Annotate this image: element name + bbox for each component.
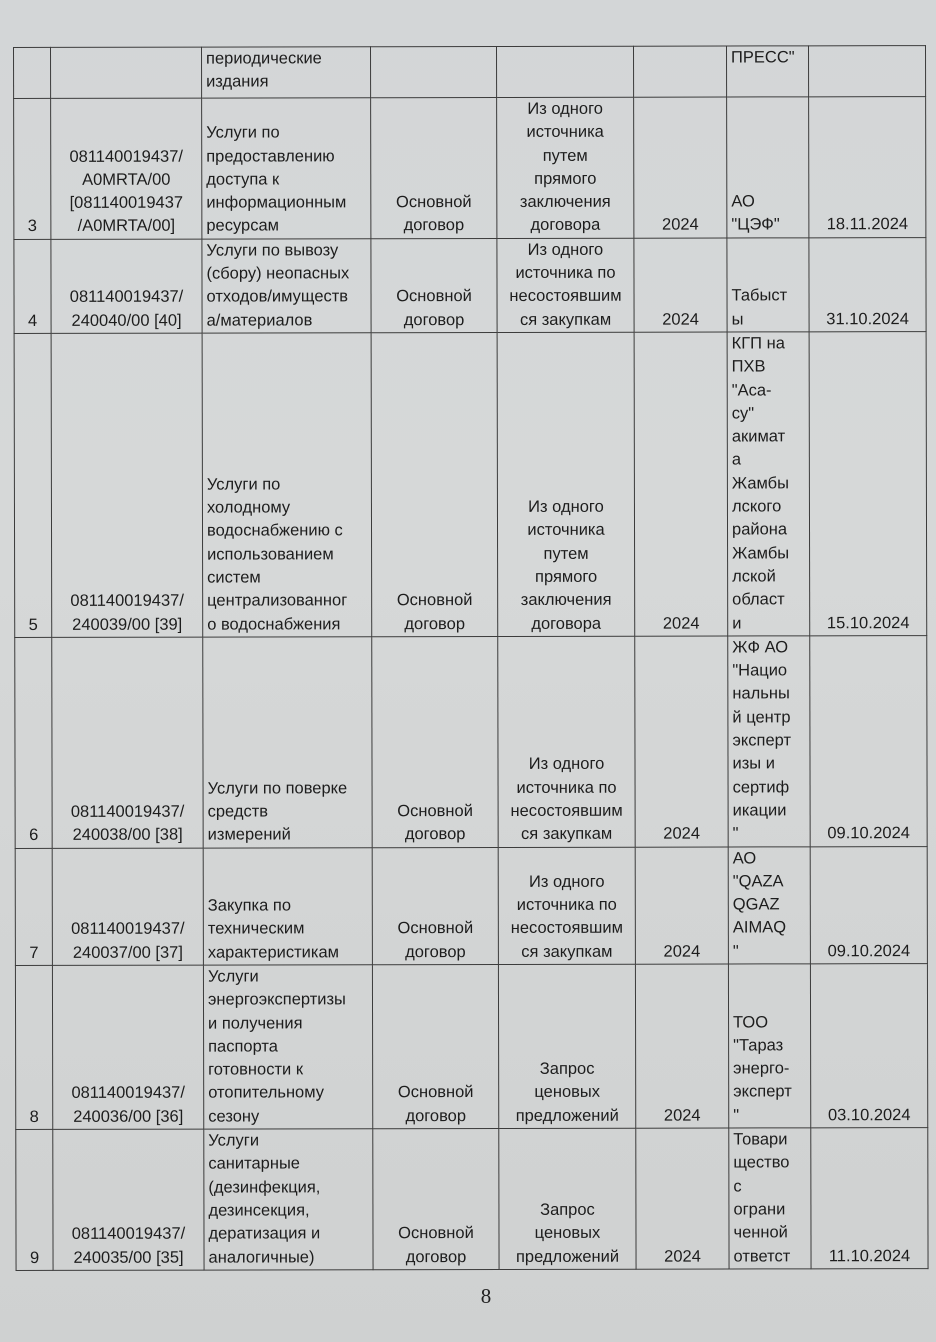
cell-number: 7 [15,848,52,966]
cell-contract-type: Основной договор [372,636,498,847]
cell-supplier: Табыст ы [727,238,809,332]
cell-supplier: ТОО "Тараз энерго- эксперт " [728,964,810,1128]
cell-supplier: АО "ЦЭФ" [727,97,809,238]
cell-number: 3 [14,98,51,239]
table-row: 3081140019437/ A0MRTA/00 [081140019437 /… [14,97,926,240]
cell-number [14,47,51,98]
cell-date: 31.10.2024 [809,237,926,331]
cell-method [497,46,634,97]
cell-method: Запрос ценовых предложений [499,1128,636,1269]
page-number: 8 [0,1284,936,1309]
cell-contract-id: 081140019437/ 240036/00 [36] [52,965,203,1129]
cell-supplier: ПРЕСС" [726,46,808,97]
cell-date: 09.10.2024 [810,846,927,964]
cell-method: Из одного источника путем прямого заключ… [497,97,634,238]
cell-contract-id: 081140019437/ A0MRTA/00 [081140019437 /A… [51,98,202,239]
cell-contract-type: Основной договор [372,847,498,965]
cell-contract-id [51,47,202,98]
cell-supplier: АО "QAZA QGAZ AIMAQ " [728,846,810,964]
table-row-continued: периодические издания ПРЕСС" [14,46,926,99]
cell-date: 03.10.2024 [810,964,927,1128]
cell-method: Запрос ценовых предложений [498,964,635,1128]
cell-name: периодические издания [202,47,371,98]
table-row: 7081140019437/ 240037/00 [37]Закупка по … [15,846,927,965]
cell-contract-id: 081140019437/ 240039/00 [39] [51,333,203,637]
cell-name: Услуги по вывозу (сбору) неопасных отход… [202,239,371,334]
table-row: 9081140019437/ 240035/00 [35]Услуги сани… [16,1128,928,1271]
cell-supplier: КГП на ПХВ "Аса- су" акимат а Жамбы лско… [727,332,810,636]
cell-name: Услуги по предоставлению доступа к инфор… [202,98,371,239]
cell-contract-id: 081140019437/ 240037/00 [37] [52,848,203,966]
table-row: 8081140019437/ 240036/00 [36]Услуги энер… [15,964,927,1130]
cell-method: Из одного источника по несостоявшим ся з… [498,847,635,965]
cell-year: 2024 [634,332,728,636]
cell-supplier: Товари щество с ограни ченной ответст [729,1128,811,1269]
table-row: 5081140019437/ 240039/00 [39]Услуги по х… [14,332,927,638]
cell-name: Услуги по поверке средств измерений [203,637,372,848]
cell-number: 9 [16,1129,53,1270]
cell-date [808,46,925,97]
cell-name: Закупка по техническим характеристикам [203,847,372,965]
cell-contract-id: 081140019437/ 240038/00 [38] [52,637,203,848]
cell-year: 2024 [635,636,728,847]
cell-contract-type: Основной договор [371,332,498,636]
cell-method: Из одного источника путем прямого заключ… [497,332,635,636]
cell-supplier: ЖФ АО "Нацио нальны й центр эксперт изы … [728,636,810,847]
cell-date: 11.10.2024 [811,1128,928,1269]
cell-contract-type [371,46,497,97]
cell-year: 2024 [634,238,727,332]
cell-year: 2024 [634,97,727,238]
cell-year: 2024 [636,1128,729,1269]
cell-contract-type: Основной договор [372,964,498,1128]
document-page: периодические издания ПРЕСС" 30811400194… [0,0,936,1342]
cell-method: Из одного источника по несостоявшим ся з… [498,636,635,847]
cell-year: 2024 [635,847,728,965]
cell-name: Услуги энергоэкспертизы и получения пасп… [203,965,372,1129]
cell-method: Из одного источника по несостоявшим ся з… [497,238,634,332]
table-row: 6081140019437/ 240038/00 [38]Услуги по п… [15,635,927,848]
cell-contract-id: 081140019437/ 240035/00 [35] [53,1129,204,1270]
cell-name: Услуги санитарные (дезинфекция, дезинсек… [204,1129,373,1270]
cell-contract-type: Основной договор [373,1129,499,1270]
cell-contract-id: 081140019437/ 240040/00 [40] [51,239,202,334]
cell-date: 09.10.2024 [810,635,927,846]
cell-number: 4 [14,239,51,333]
cell-date: 15.10.2024 [809,332,927,636]
procurement-contracts-table: периодические издания ПРЕСС" 30811400194… [13,45,929,1271]
cell-date: 18.11.2024 [809,97,926,238]
cell-number: 8 [15,965,52,1129]
cell-year: 2024 [635,964,728,1128]
cell-contract-type: Основной договор [371,97,497,238]
cell-name: Услуги по холодному водоснабжению с испо… [202,333,372,637]
table-row: 4081140019437/ 240040/00 [40]Услуги по в… [14,237,926,333]
cell-year [633,46,726,97]
cell-number: 5 [14,333,52,637]
cell-contract-type: Основной договор [371,238,497,332]
cell-number: 6 [15,637,52,848]
